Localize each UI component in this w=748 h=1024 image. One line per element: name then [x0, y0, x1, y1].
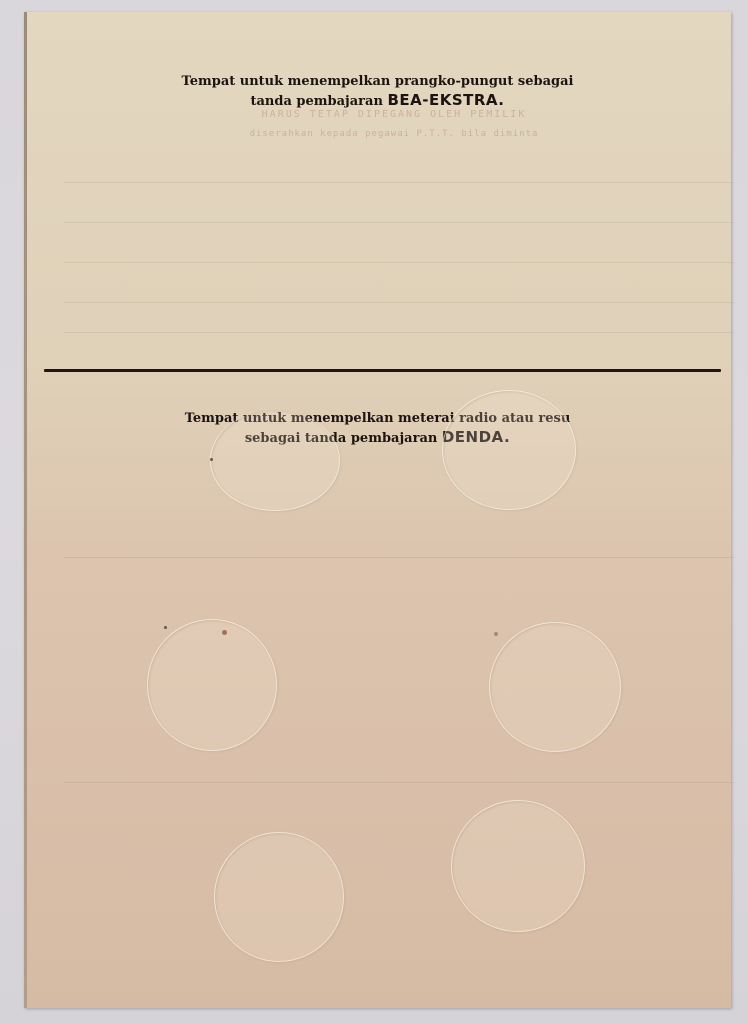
- bleed-through-text-line2: diserahkan kepada pegawai P.T.T. bila di…: [84, 129, 704, 139]
- bea-ekstra-line2: tanda pembajaran BEA-EKSTRA.: [24, 91, 731, 111]
- bea-ekstra-emphasis: BEA-EKSTRA.: [387, 91, 504, 109]
- faint-ruled-line: [64, 332, 734, 333]
- foxing-spot: [164, 626, 167, 629]
- bea-ekstra-heading: Tempat untuk menempelkan prangko-pungut …: [24, 73, 731, 111]
- stamp-impression-mark: [442, 390, 576, 510]
- stamp-impression-mark: [147, 619, 277, 751]
- stamp-impression-mark: [489, 622, 621, 752]
- bea-ekstra-line1: Tempat untuk menempelkan prangko-pungut …: [24, 73, 731, 91]
- stamp-impression-mark: [451, 800, 585, 932]
- stamp-impression-mark: [214, 832, 344, 962]
- denda-line1: Tempat untuk menempelkan meterai radio a…: [24, 410, 731, 428]
- document-sheet: HARUS TETAP DIPEGANG OLEH PEMILIK disera…: [24, 12, 731, 1008]
- bea-ekstra-line2-prefix: tanda pembajaran: [251, 94, 388, 109]
- denda-heading: Tempat untuk menempelkan meterai radio a…: [24, 410, 731, 448]
- faint-ruled-line: [64, 222, 734, 223]
- foxing-spot: [494, 632, 498, 636]
- foxing-spot: [222, 630, 227, 635]
- faint-ruled-line: [64, 782, 734, 783]
- faint-ruled-line: [64, 302, 734, 303]
- section-divider-line: [44, 369, 721, 372]
- faint-ruled-line: [64, 182, 734, 183]
- denda-line2: sebagai tanda pembajaran DENDA.: [24, 428, 731, 448]
- faint-ruled-line: [64, 557, 734, 558]
- stamp-impression-mark: [210, 410, 340, 511]
- faint-ruled-line: [64, 262, 734, 263]
- foxing-spot: [210, 458, 213, 461]
